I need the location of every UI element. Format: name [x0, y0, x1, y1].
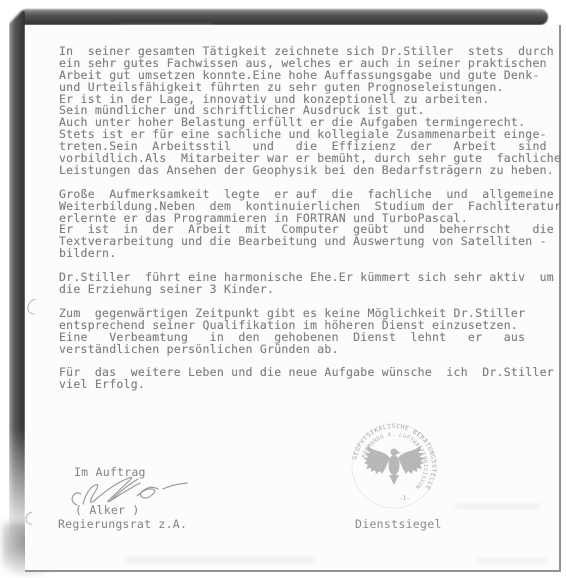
- text-line: Textverarbeitung und die Bearbeitung und…: [59, 236, 561, 248]
- dienstsiegel-seal-icon: GEOPHYSIKALISCHE BERATUNGSSTELLE KOMMAND…: [346, 418, 442, 518]
- scan-frame-top-edge: [10, 9, 548, 25]
- bleedthrough-smudge: [455, 503, 541, 509]
- paragraph: Dr.Stiller führt eine harmonische Ehe.Er…: [59, 272, 561, 296]
- paragraph: Für das weitere Leben und die neue Aufga…: [59, 367, 561, 391]
- scanned-document: In seiner gesamten Tätigkeit zeichnete s…: [0, 0, 566, 578]
- bleedthrough-smudge: [477, 558, 547, 564]
- bleedthrough-smudge: [125, 557, 315, 563]
- paper-curl-artifact: [23, 509, 41, 527]
- paragraph: Zum gegenwärtigen Zeitpunkt gibt es kein…: [59, 308, 561, 356]
- paper-curl-artifact: [24, 295, 46, 317]
- signoff-name: ( Alker ): [75, 503, 140, 517]
- stamp-bottom-mark: -1-: [399, 495, 410, 502]
- document-page: In seiner gesamten Tätigkeit zeichnete s…: [25, 25, 561, 572]
- bundesadler-eagle-icon: [364, 446, 424, 485]
- paragraph: In seiner gesamten Tätigkeit zeichnete s…: [59, 46, 561, 177]
- stamp-caption: Dienstsiegel: [355, 517, 442, 531]
- text-line: die Erziehung seiner 3 Kinder.: [59, 284, 561, 296]
- paragraph: Große Aufmerksamkeit legte er auf die fa…: [59, 189, 561, 260]
- document-body: In seiner gesamten Tätigkeit zeichnete s…: [59, 46, 561, 403]
- text-line: viel Erfolg.: [59, 379, 561, 391]
- scan-frame-left-edge: [9, 10, 25, 546]
- text-line: bildern.: [59, 248, 561, 260]
- text-line: verständlichen persönlichen Gründen ab.: [59, 344, 561, 356]
- signoff-title: Regierungsrat z.A.: [58, 517, 187, 531]
- text-line: Leistungen das Ansehen der Geophysik bei…: [59, 165, 561, 177]
